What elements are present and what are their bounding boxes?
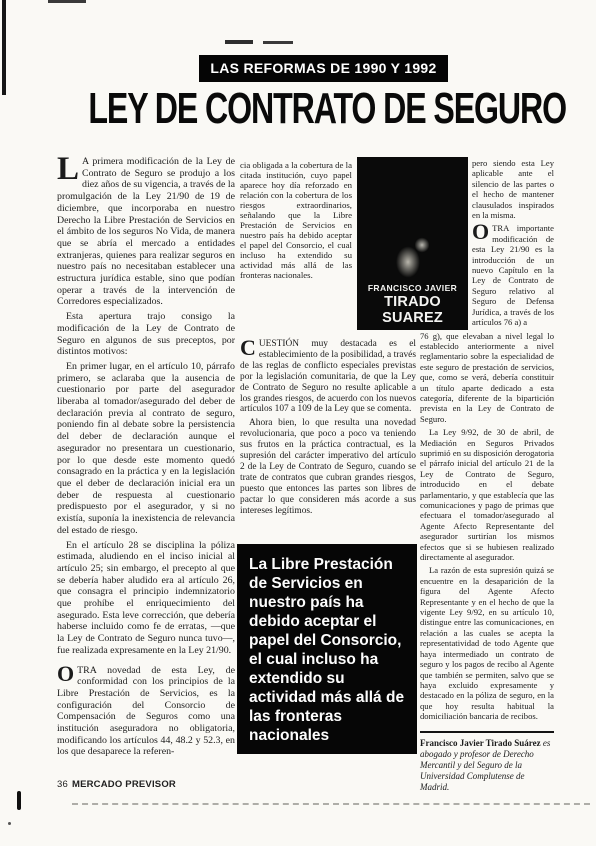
paragraph: OTRA importante modificación de esta Ley… [420, 223, 554, 327]
scan-artifact-smudge [225, 40, 253, 44]
paragraph: Ahora bien, lo que resulta una novedad r… [240, 418, 416, 516]
paragraph: CUESTIÓN muy destacada es el establecimi… [240, 339, 416, 415]
paragraph-text: A primera modificación de la Ley de Cont… [57, 156, 235, 307]
paragraph: En el artículo 28 se disciplina la póliz… [57, 540, 235, 657]
article-column-3: pero siendo esta Ley aplicable ante el s… [420, 158, 554, 793]
paragraph: LA primera modificación de la Ley de Con… [57, 156, 235, 308]
scan-artifact-left-tick [17, 791, 21, 810]
pull-quote: La Libre Prestación de Servicios en nues… [237, 544, 417, 754]
magazine-page: LAS REFORMAS DE 1990 Y 1992 LEY DE CONTR… [0, 0, 596, 846]
paragraph: La razón de esta supresión quizá se encu… [420, 565, 554, 721]
drop-cap: O [472, 223, 492, 241]
scan-artifact-smudge [48, 0, 86, 3]
page-footer: 36MERCADO PREVISOR [57, 779, 176, 790]
paragraph: OTRA novedad de esta Ley, de conformidad… [57, 665, 235, 759]
paragraph-text: TRA novedad de esta Ley, de conformidad … [57, 665, 235, 758]
page-title: LEY DE CONTRATO DE SEGURO [0, 84, 596, 134]
scan-artifact-dot [8, 822, 11, 825]
paragraph: 76 g), que elevaban a nivel legal lo est… [420, 331, 554, 425]
page-title-text: LEY DE CONTRATO DE SEGURO [88, 84, 566, 134]
scan-artifact-dashed-line [72, 803, 590, 805]
scan-artifact-smudge [263, 41, 293, 44]
footer-magazine-name: MERCADO PREVISOR [72, 779, 176, 790]
paragraph: Esta apertura trajo consigo la modificac… [57, 311, 235, 358]
author-bio-name: Francisco Javier Tirado Suárez [420, 738, 541, 748]
paragraph: La Ley 9/92, de 30 de abril, de Mediació… [420, 427, 554, 562]
paragraph: pero siendo esta Ley aplicable ante el s… [420, 158, 554, 220]
scan-artifact-left-edge [2, 0, 6, 95]
article-column-1: LA primera modificación de la Ley de Con… [57, 156, 235, 761]
kicker-banner: LAS REFORMAS DE 1990 Y 1992 [199, 55, 448, 82]
paragraph: En primer lugar, en el artículo 10, párr… [57, 361, 235, 537]
footer-page-number: 36 [57, 779, 68, 790]
drop-cap: O [57, 665, 77, 683]
paragraph-text: UESTIÓN muy destacada es el establecimie… [240, 339, 416, 414]
drop-cap: C [240, 339, 259, 357]
author-bio: Francisco Javier Tirado Suárez es abogad… [420, 731, 554, 793]
drop-cap: L [57, 156, 82, 183]
paragraph: cia obligada a la cobertura de la citada… [240, 160, 352, 336]
